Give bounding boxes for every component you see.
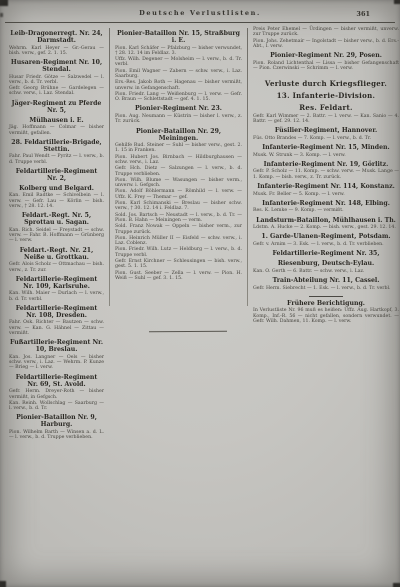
entry-line: Pion. Wilhelm Barth — Winsen a. d. L. — … <box>9 430 104 441</box>
section-heading: 13. Infanterie-Division. <box>254 91 398 100</box>
section-heading: Infanterie-Regiment Nr. 114, Konstanz. <box>254 183 398 190</box>
regiment-section: Train-Abteilung Nr. 11, Cassel.Gefr. Her… <box>253 277 399 291</box>
regiment-section: Feldartillerie-Regiment Nr. 2,Kolberg un… <box>9 168 104 209</box>
section-heading: Husaren-Regiment Nr. 10, Stendal. <box>10 59 103 73</box>
section-heading: Feldartillerie-Regiment Nr. 109, Karlsru… <box>10 276 103 290</box>
regiment-section: Landsturm-Bataillon, Mühlhausen i. Th.Ld… <box>253 217 399 231</box>
entry-line: Gefr. Georg Brühne — Gardelegen — schw. … <box>9 86 104 97</box>
regiment-section: Leib-Dragonerregt. Nr. 24, Darmstadt.Weh… <box>9 30 104 56</box>
section-heading: Infanterie-Regiment Nr. 15, Minden. <box>254 144 398 151</box>
regiment-section: Infanterie-Regiment Nr. 148, Elbing.Res.… <box>253 200 399 214</box>
regiment-section: Feldartillerie-Regiment Nr. 108, Dresden… <box>9 305 104 336</box>
page-number: 361 <box>356 10 370 18</box>
scan-artifact-left-edge <box>0 13 3 17</box>
regiment-section: Pionier-Regiment Nr. 23.Pion. Aug. Neuma… <box>115 105 242 124</box>
entry-line: Pion. Karl Schäfer — Pfalzburg — bisher … <box>115 46 242 57</box>
section-heading: Pionier-Bataillon Nr. 15, Straßburg i. E… <box>116 30 241 44</box>
header-rule <box>5 22 395 23</box>
entry-line: Gefr. v. Arnim — 3. Esk. — l. verw., b. … <box>253 242 399 247</box>
column-1: Leib-Dragonerregt. Nr. 24, Darmstadt.Weh… <box>9 27 104 442</box>
entry-line: Pion. Aug. Neumann — Küstrin — bisher l.… <box>115 114 242 125</box>
section-heading: Pionier-Bataillon Nr. 29, Meiningen. <box>116 128 241 142</box>
entry-line: Fahr. Osk. Richter — Bautzen — schw. ver… <box>9 320 104 336</box>
section-heading: Feldart.-Regt. Nr. 21, Neiße u. Grottkau… <box>10 247 103 261</box>
regiment-section: 1. Garde-Ulanen-Regiment, Potsdam.Gefr. … <box>253 233 399 247</box>
section-heading: Jäger-Regiment zu Pferde Nr. 5, <box>10 100 103 114</box>
scan-artifact-bottom-right <box>393 583 400 587</box>
regiment-section: Verluste durch Kriegsflieger.13. Infante… <box>253 79 399 124</box>
column-3: Preis Peter Ehemel — Ürdingen — bisher v… <box>253 27 399 325</box>
entry-line: Gefr. P. Scholz — 11. Komp. — schw. verw… <box>253 169 399 180</box>
columns: Leib-Dragonerregt. Nr. 24, Darmstadt.Weh… <box>9 27 393 442</box>
entry-line: Pion. Hubert Jos. Birnbach — Hildburghau… <box>115 155 242 166</box>
entry-line: Musk. Fr. Beller — 5. Komp. — l. verw. <box>253 192 399 197</box>
section-heading: Feldartillerie-Regiment Nr. 69, St. Avol… <box>10 374 103 388</box>
entry-line: Pion. Friedr. Wilh. Lutz — Heldburg — l.… <box>115 247 242 258</box>
entry-line: Preis Peter Ehemel — Ürdingen — bisher v… <box>253 27 399 38</box>
regiment-section: Infanterie-Regiment Nr. 114, Konstanz.Mu… <box>253 183 399 197</box>
section-heading: Verluste durch Kriegsflieger. <box>254 79 398 88</box>
column-divider <box>109 28 110 306</box>
entry-line: Pion. Gust. Seeber — Zella — l. verw. — … <box>115 271 242 282</box>
section-heading: Pionier-Regiment Nr. 29, Posen. <box>254 52 398 59</box>
entry-line: Pion. Roland Lichtenthal — Lissa — bishe… <box>253 61 399 72</box>
section-heading: Feldartillerie-Regiment Nr. 35, <box>254 250 398 257</box>
entry-line: Gefr. Herm. Siebrecht — 1. Esk. — l. ver… <box>253 286 399 291</box>
entry-line: Pion. Heinrich Müller II — Eisfeld — sch… <box>115 236 242 247</box>
regiment-section: Pionier-Regiment Nr. 29, Posen.Pion. Rol… <box>253 52 399 71</box>
regiment-section: Füsilier-Regiment, Hannover.Füs. Otto Br… <box>253 127 399 141</box>
section-heading: Pionier-Regiment Nr. 23. <box>116 105 241 112</box>
regiment-section: Feldart.-Regt. Nr. 5, Sprottau u. Sagan.… <box>9 212 104 243</box>
regiment-section: Husaren-Regiment Nr. 10, Stendal.Husar F… <box>9 59 104 97</box>
entry-line: Jäg. Hoffmann — Colmar — bisher vermißt,… <box>9 125 104 136</box>
regiment-section: Feldartillerie-Regiment Nr. 109, Karlsru… <box>9 276 104 302</box>
entry-line: Pion. Karl Schimanski — Breslau — bisher… <box>115 201 242 212</box>
section-heading: Feldartillerie-Regiment Nr. 2, <box>10 168 103 182</box>
scan-artifact-bottom-left <box>0 581 6 587</box>
entry-line: Kan. Reinh. Wollschlag — Saarburg — l. v… <box>9 401 104 412</box>
entry-line: Gefr. Karl Wimmer — 2. Battr. — l. verw.… <box>253 114 399 125</box>
section-heading: Pionier-Bataillon Nr. 9, Harburg. <box>10 414 103 428</box>
regiment-section: Fußartillerie-Regiment Nr. 10, Breslau.K… <box>9 339 104 370</box>
regiment-section: Infanterie-Regiment Nr. 19, Görlitz.Gefr… <box>253 161 399 180</box>
section-heading: Mülhausen i. E. <box>10 117 103 124</box>
page-header: Deutsche Verlustlisten. 361 <box>0 9 400 21</box>
entry-line: Res. K. Lemke — 9. Komp. — vermißt. <box>253 208 399 213</box>
entry-line: Kan. Rich. Seidel — Freystadt — schw. ve… <box>9 228 104 244</box>
entry-line: Husar Friedr. Götze — Salzwedel — l. ver… <box>9 75 104 86</box>
column-divider <box>247 28 248 306</box>
column-2: Pionier-Bataillon Nr. 15, Straßburg i. E… <box>115 27 242 282</box>
entry-line: Wehrm. Karl Heyer — Gr.-Gerau — bish. ve… <box>9 46 104 57</box>
regiment-section: Feldartillerie-Regiment Nr. 69, St. Avol… <box>9 374 104 412</box>
section-heading: 1. Garde-Ulanen-Regiment, Potsdam. <box>254 233 398 240</box>
regiment-section: Feldartillerie-Regiment Nr. 35,Riesenbur… <box>253 250 399 274</box>
entry-line: Kan. O. Gerth — 6. Battr. — schw. verw.,… <box>253 269 399 274</box>
entry-line: Pion. Johs. Zehetmair — Ingolstadt — bis… <box>253 39 399 50</box>
section-heading: Feldart.-Regt. Nr. 5, Sprottau u. Sagan. <box>10 212 103 226</box>
entry-line: Pion. Friedr. Lang — Weißenburg — l. ver… <box>115 92 242 103</box>
page-title: Deutsche Verlustlisten. <box>0 9 400 17</box>
section-heading: Fußartillerie-Regiment Nr. 10, Breslau. <box>10 339 103 353</box>
regiment-section: Pionier-Bataillon Nr. 29, Meiningen.Gehi… <box>115 128 242 282</box>
entry-line: In Verlustliste Nr. 96 muß es heißen: Uf… <box>253 308 399 324</box>
section-heading: Train-Abteilung Nr. 11, Cassel. <box>254 277 398 284</box>
regiment-section: Frühere Berichtigung.In Verlustliste Nr.… <box>253 296 399 324</box>
scan-artifact-top-right <box>394 0 400 4</box>
section-heading: Füsilier-Regiment, Hannover. <box>254 127 398 134</box>
entry-line: Ldstm. A. Hucke — 2. Komp. — bish. verw.… <box>253 225 399 230</box>
section-heading: Frühere Berichtigung. <box>254 300 398 307</box>
regiment-section: Pionier-Bataillon Nr. 9, Harburg.Pion. W… <box>9 414 104 440</box>
entry-line: Pion. Emil Wagner — Zabern — schw. verw.… <box>115 69 242 80</box>
entry-line: Pion. Adolf Böhlermann — Römhild — l. ve… <box>115 189 242 200</box>
section-heading: Infanterie-Regiment Nr. 148, Elbing. <box>254 200 398 207</box>
section-heading: 28. Feldartillerie-Brigade, Stettin. <box>10 139 103 153</box>
entry-line: Gefr. Herm. Dreyer-Roth — bisher vermißt… <box>9 389 104 400</box>
section-heading: Landsturm-Bataillon, Mühlhausen i. Th. <box>254 217 398 224</box>
entry-line: Kan. Wilh. Maier — Durlach — l. verw., b… <box>9 291 104 302</box>
section-heading: Infanterie-Regiment Nr. 19, Görlitz. <box>254 161 398 168</box>
entry-line: Kan. Jos. Langner — Oels — bisher schw. … <box>9 355 104 371</box>
regiment-section: Feldart.-Regt. Nr. 21, Neiße u. Grottkau… <box>9 247 104 273</box>
regiment-section: Pionier-Bataillon Nr. 15, Straßburg i. E… <box>115 30 242 102</box>
section-heading: Leib-Dragonerregt. Nr. 24, Darmstadt. <box>10 30 103 44</box>
entry-line: Ers.-Res. Jakob Roth — Hagenau — bisher … <box>115 80 242 91</box>
section-heading: Kolberg und Belgard. <box>10 185 103 192</box>
entry-line: Gefr. Alois Scholz — Ottmachau — bish. v… <box>9 262 104 273</box>
section-heading: Feldartillerie-Regiment Nr. 108, Dresden… <box>10 305 103 319</box>
section-divider-rule <box>309 296 343 297</box>
regiment-section: Infanterie-Regiment Nr. 15, Minden.Musk.… <box>253 144 399 158</box>
entry-line: Gehilfe Rud. Steiner — Suhl — bisher ver… <box>115 143 242 154</box>
entry-line: Sold. Franz Nowak — Oppeln — bisher verm… <box>115 224 242 235</box>
entry-line: Uffz. Wilh. Degener — Molsheim — l. verw… <box>115 57 242 68</box>
scanned-page: Deutsche Verlustlisten. 361 Leib-Dragone… <box>0 0 400 587</box>
entry-line: Gefr. Ernst Kirchner — Schleusingen — bi… <box>115 259 242 270</box>
entry-line: Gefr. Hch. Dietz — Salzungen — l. verw.,… <box>115 166 242 177</box>
section-heading: Res. Feldart. <box>254 103 398 112</box>
entry-line: Fahr. Paul Wendt — Pyritz — l. verw., b.… <box>9 154 104 165</box>
regiment-section: 28. Feldartillerie-Brigade, Stettin.Fahr… <box>9 139 104 165</box>
entry-line: Kan. Emil Radtke — Schivelbein — l. verw… <box>9 193 104 209</box>
scan-artifact-top-left <box>0 0 8 6</box>
entry-line: Musk. W. Strunk — 3. Komp. — l. verw. <box>253 153 399 158</box>
regiment-section: Preis Peter Ehemel — Ürdingen — bisher v… <box>253 27 399 49</box>
section-heading: Riesenburg, Deutsch-Eylau. <box>254 260 398 267</box>
entry-line: Sold. Jos. Bartsch — Neustadt — l. verw.… <box>115 213 242 224</box>
entry-line: Pion. Wilh. Blume — Wasungen — bisher ve… <box>115 178 242 189</box>
regiment-section: Jäger-Regiment zu Pferde Nr. 5,Mülhausen… <box>9 100 104 136</box>
entry-line: Füs. Otto Brandes — 7. Komp. — l. verw.,… <box>253 136 399 141</box>
